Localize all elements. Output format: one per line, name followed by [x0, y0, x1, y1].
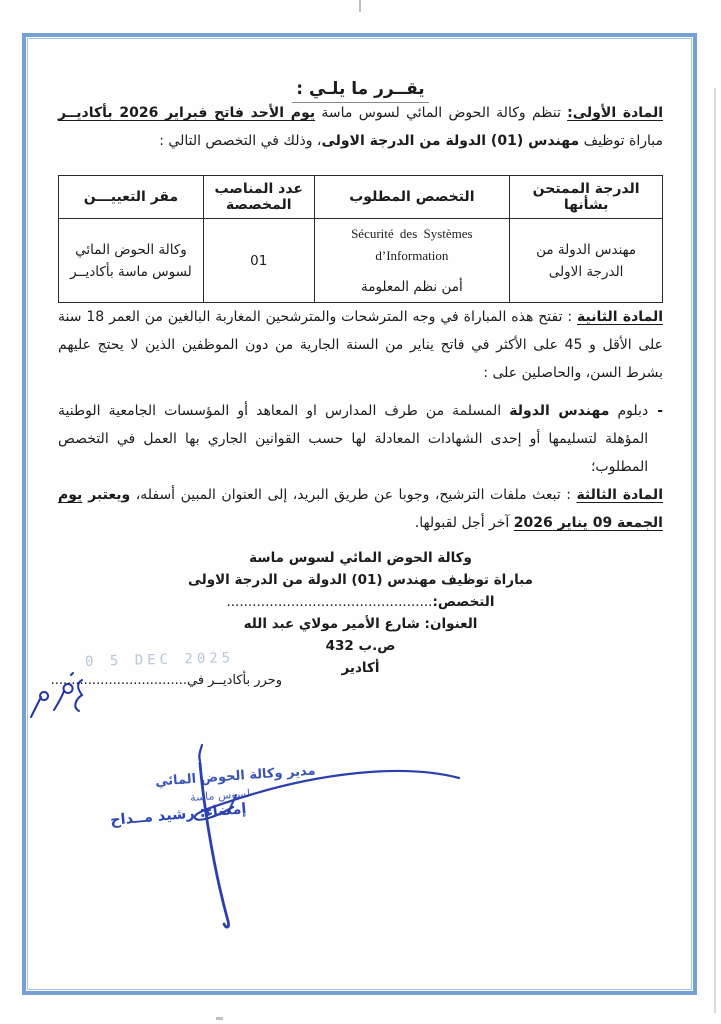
cell-specialty: Sécurité des Systèmes d’Information أمن …	[314, 219, 510, 303]
table-header-row: الدرجة الممتحن بشأنها التخصص المطلوب عدد…	[59, 176, 663, 219]
address-street: العنوان: شارع الأمير مولاي عبد الله	[58, 613, 663, 635]
article-1-text-2: مباراة توظيف	[579, 133, 663, 149]
article-1-label: المادة الأولى:	[567, 105, 663, 121]
article-3-label: المادة الثالثة	[576, 487, 663, 503]
header-location: مقر التعييـــن	[59, 176, 204, 219]
article-1-text-3: ، وذلك في التخصص التالي :	[159, 133, 321, 149]
address-specialty-line: التخصص:.................................…	[58, 591, 663, 613]
scan-artifact-right-edge	[714, 88, 716, 1013]
article-1-paragraph: المادة الأولى: تنظم وكالة الحوض المائي ل…	[58, 99, 663, 155]
bullet-dash: -	[657, 397, 663, 481]
cell-location-line1: وكالة الحوض المائي	[65, 239, 197, 261]
article-2-paragraph: المادة الثانية : تفتح هذه المباراة في وج…	[58, 303, 663, 387]
article-1-date: يوم الأحد فاتح فبراير 2026 بأكاديــر	[58, 105, 315, 121]
scanned-document-page: يقــرر ما يلـي : المادة الأولى: تنظم وكا…	[0, 0, 721, 1024]
page-border-frame: يقــرر ما يلـي : المادة الأولى: تنظم وكا…	[22, 33, 697, 995]
article-2-text: : تفتح هذه المباراة في وجه المترشحات وال…	[58, 309, 663, 381]
issued-at-label: وحرر بأكاديــر في	[187, 673, 282, 688]
handwritten-annotation	[26, 668, 88, 722]
cell-grade: مهندس الدولة من الدرجة الاولى	[510, 219, 663, 303]
article-3-bold: ويعتبر	[82, 487, 130, 503]
article-1-text: تنظم وكالة الحوض المائي لسوس ماسة	[315, 105, 567, 121]
cell-positions: 01	[203, 219, 314, 303]
address-specialty-label: التخصص:	[432, 594, 494, 610]
address-specialty-dots: ........................................…	[226, 594, 432, 610]
bullet-text: دبلوم مهندس الدولة المسلمة من طرف المدار…	[58, 397, 648, 481]
article-2-label: المادة الثانية	[577, 309, 663, 325]
issued-at-line: وحرر بأكاديــر في.......................…	[62, 673, 282, 688]
table-row: مهندس الدولة من الدرجة الاولى Sécurité d…	[59, 219, 663, 303]
document-title: يقــرر ما يلـي :	[58, 79, 663, 99]
handwritten-signature	[132, 733, 472, 943]
article-3-text-2: آخر أجل لقبولها.	[415, 515, 514, 531]
address-competition: مباراة توظيف مهندس (01) الدولة من الدرجة…	[58, 569, 663, 591]
header-grade: الدرجة الممتحن بشأنها	[510, 176, 663, 219]
header-specialty: التخصص المطلوب	[314, 176, 510, 219]
article-3-text: : تبعث ملفات الترشيح، وجوبا عن طريق البر…	[130, 487, 576, 503]
scan-artifact-bottom	[216, 1017, 223, 1020]
bullet-bold: مهندس الدولة	[509, 403, 609, 419]
article-3-paragraph: المادة الثالثة : تبعث ملفات الترشيح، وجو…	[58, 481, 663, 537]
scan-artifact-top	[359, 0, 361, 12]
cell-specialty-french: Sécurité des Systèmes d’Information	[321, 223, 504, 267]
cell-location: وكالة الحوض المائي لسوس ماسة بأكاديــر	[59, 219, 204, 303]
diploma-bullet: - دبلوم مهندس الدولة المسلمة من طرف المد…	[58, 397, 663, 481]
cell-location-line2: لسوس ماسة بأكاديــر	[65, 261, 197, 283]
header-positions: عدد المناصب المخصصة	[203, 176, 314, 219]
article-1-post: مهندس (01) الدولة من الدرجة الاولى	[321, 133, 579, 149]
vacancy-table: الدرجة الممتحن بشأنها التخصص المطلوب عدد…	[58, 175, 663, 303]
address-agency: وكالة الحوض المائي لسوس ماسة	[58, 547, 663, 569]
cell-specialty-arabic: أمن نظم المعلومة	[321, 276, 504, 298]
bullet-text-1: دبلوم	[609, 403, 648, 419]
